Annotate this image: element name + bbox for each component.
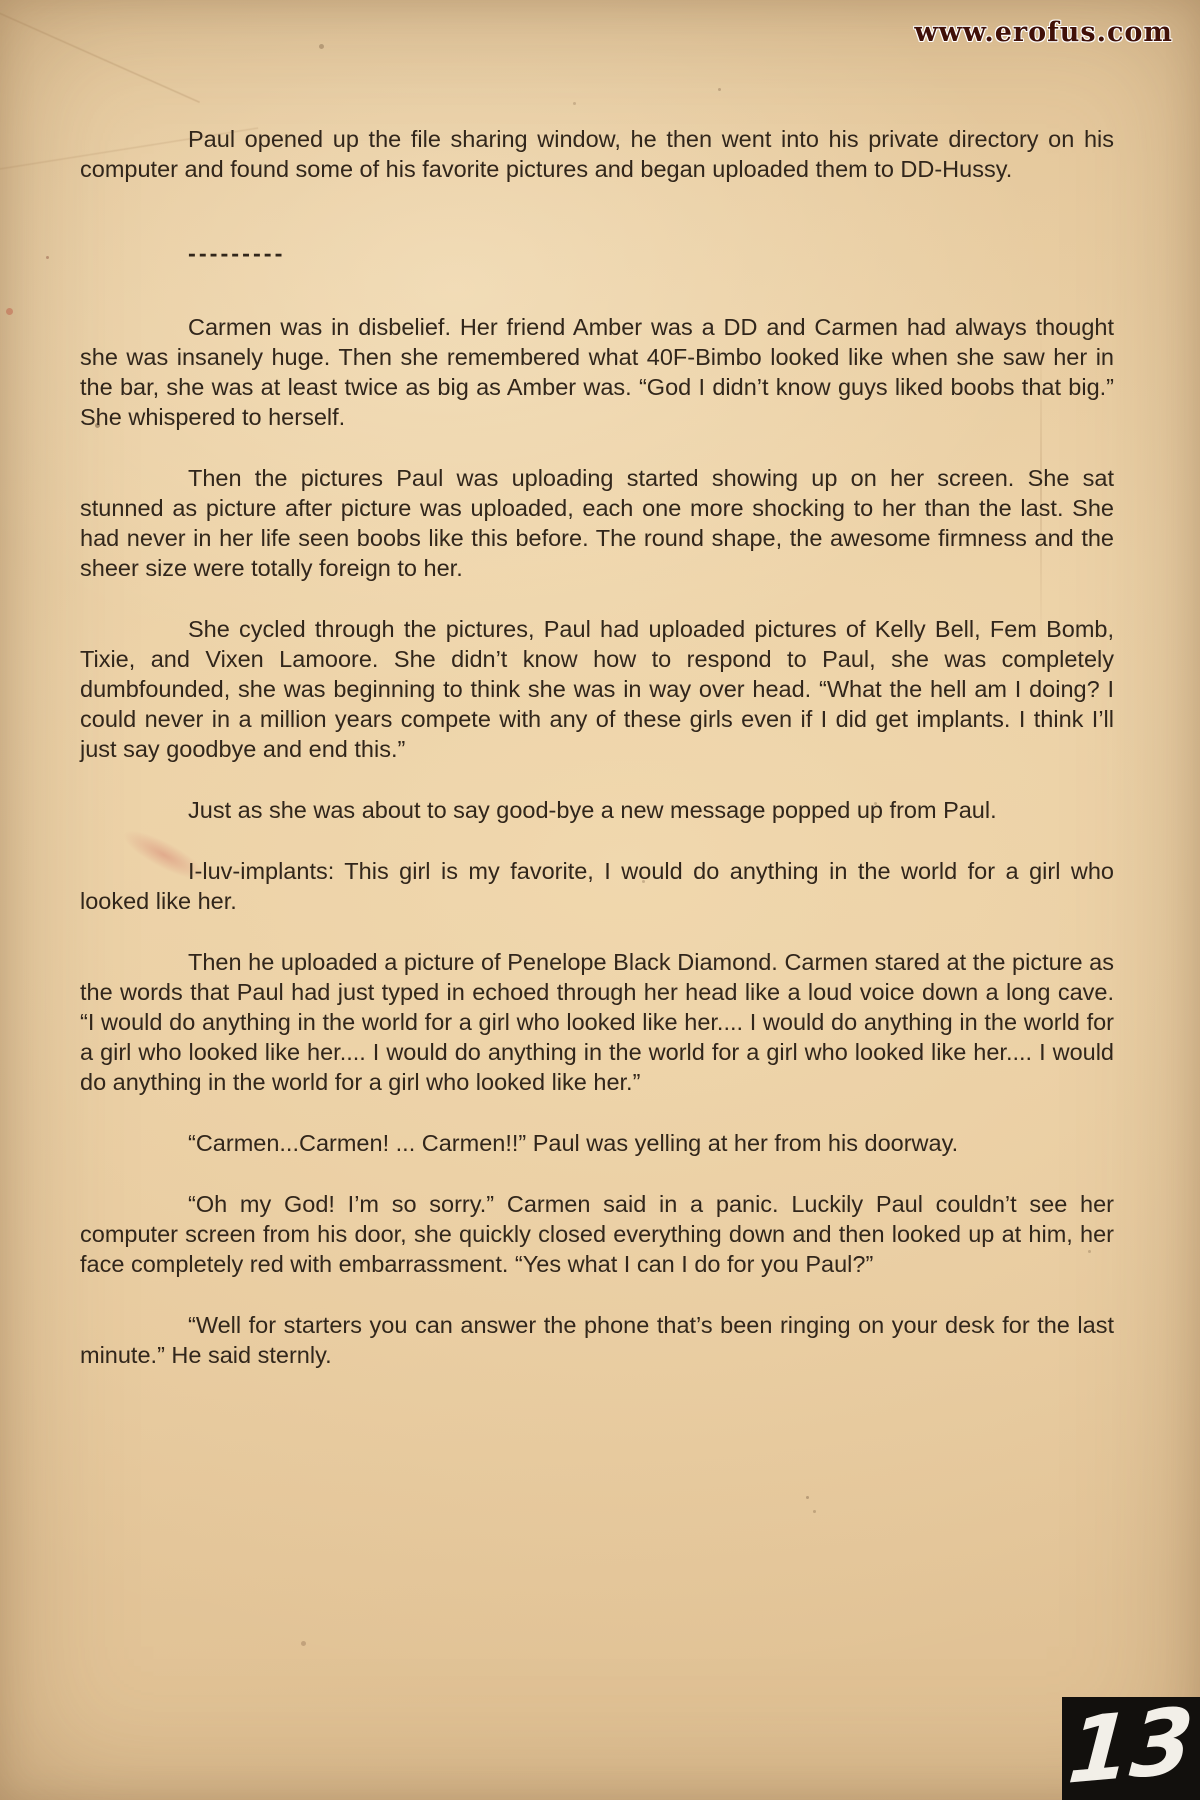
scanned-story-page: www.erofus.com Paul opened up the file s…: [0, 0, 1200, 1800]
story-paragraph: Paul opened up the file sharing window, …: [80, 124, 1114, 184]
story-paragraph: “Carmen...Carmen! ... Carmen!!” Paul was…: [80, 1128, 1114, 1158]
story-paragraph: “Oh my God! I’m so sorry.” Carmen said i…: [80, 1189, 1114, 1279]
watermark-text: www.erofus.com: [914, 17, 1173, 48]
story-paragraph: Then the pictures Paul was uploading sta…: [80, 463, 1114, 583]
story-text-block: Paul opened up the file sharing window, …: [80, 124, 1114, 1401]
story-paragraph: “Well for starters you can answer the ph…: [80, 1310, 1114, 1370]
page-number: 13: [1065, 1688, 1197, 1800]
story-paragraph: She cycled through the pictures, Paul ha…: [80, 614, 1114, 764]
story-paragraph: Just as she was about to say good-bye a …: [80, 795, 1114, 825]
paper-specks: [0, 0, 3, 3]
story-paragraph: I-luv-implants: This girl is my favorite…: [80, 856, 1114, 916]
story-paragraph: Then he uploaded a picture of Penelope B…: [80, 947, 1114, 1097]
section-separator: ---------: [80, 238, 1114, 268]
page-number-box: 13: [1062, 1697, 1200, 1800]
story-paragraph: Carmen was in disbelief. Her friend Ambe…: [80, 312, 1114, 432]
paper-crease: [0, 3, 200, 103]
